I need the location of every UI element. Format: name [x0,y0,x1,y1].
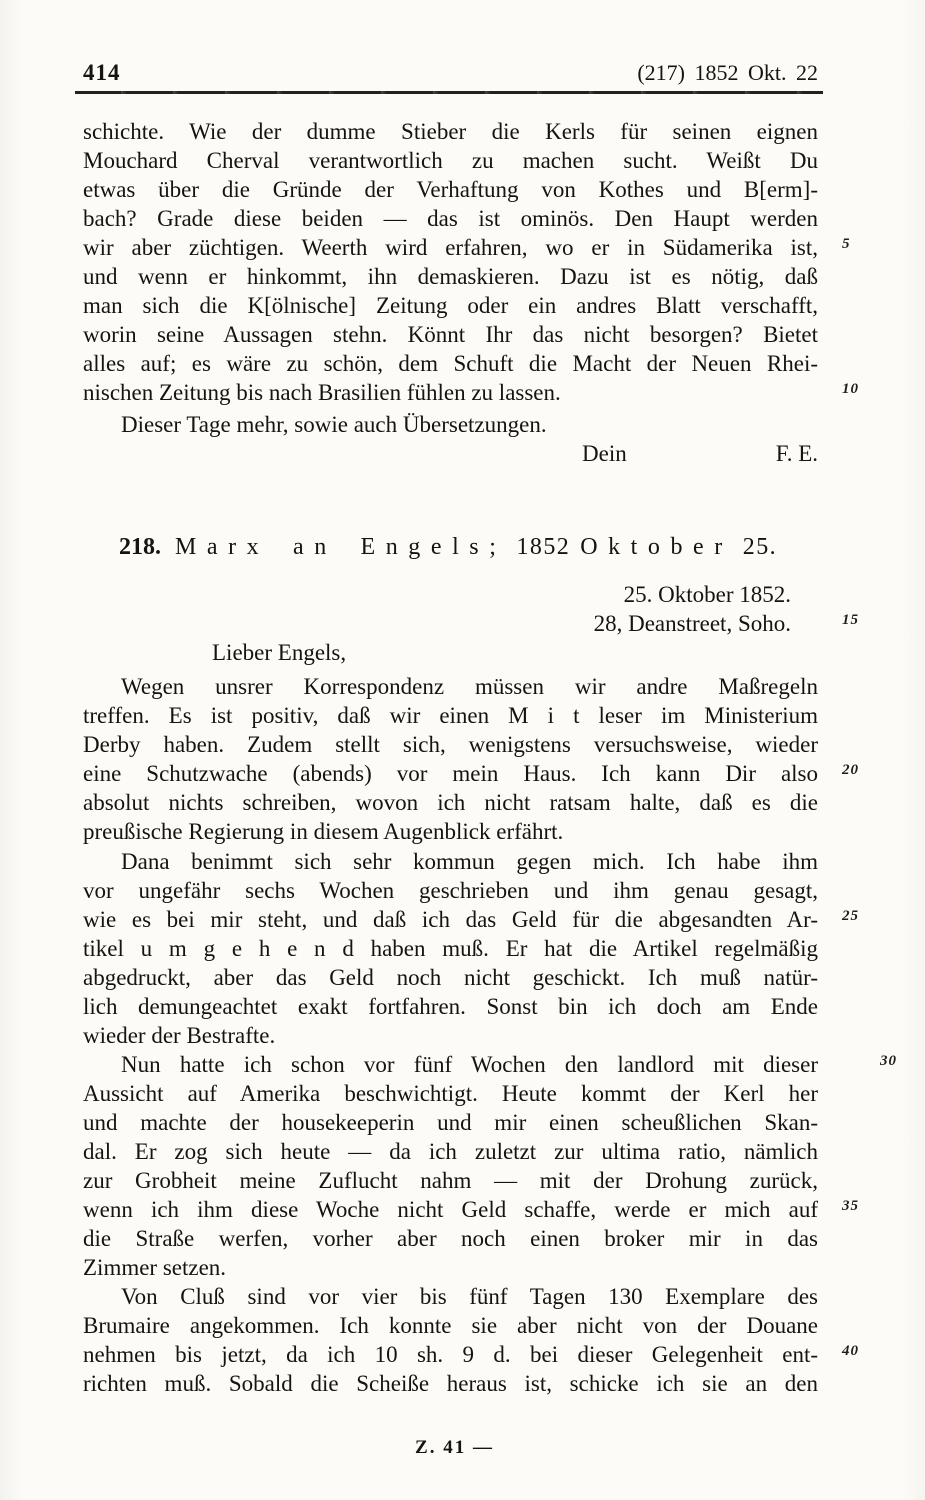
line-text: Nun hatte ich schon vor fünf Wochen den … [121,1052,818,1077]
letter-day: 25. [743,534,777,560]
text-line: Aussicht auf Amerika beschwichtigt. Heut… [83,1079,818,1108]
text-line: Dieser Tage mehr, sowie auch Übersetzung… [83,410,818,439]
paragraph-1: Wegen unsrer Korrespondenz müssen wir an… [83,672,818,846]
text-line: wie es bei mir steht, und daß ich das Ge… [83,905,818,934]
margin-line-number: 20 [842,763,859,778]
line-text: treffen. Es ist positiv, daß wir einen M… [83,703,818,728]
line-text: 25. Oktober 1852. [624,582,791,607]
line-text: absolut nichts schreiben, wovon ich nich… [83,790,818,815]
line-text: Zimmer setzen. [83,1255,226,1280]
line-text: etwas über die Gründe der Verhaftung von… [83,177,818,202]
text-line: Mouchard Cherval verantwortlich zu mache… [83,146,818,175]
text-line: Von Cluß sind vor vier bis fünf Tagen 13… [83,1282,818,1311]
line-text: wieder der Bestrafte. [83,1023,275,1048]
line-text: abgedruckt, aber das Geld noch nicht ges… [83,965,818,990]
text-line: eine Schutzwache (abends) vor mein Haus.… [83,759,818,788]
text-line: schichte. Wie der dumme Stieber die Kerl… [83,117,818,146]
paragraph-3: Nun hatte ich schon vor fünf Wochen den … [83,1050,818,1282]
line-text: nischen Zeitung bis nach Brasilien fühle… [83,380,561,405]
line-text: wenn ich ihm diese Woche nicht Geld scha… [83,1197,818,1222]
text-line: abgedruckt, aber das Geld noch nicht ges… [83,963,818,992]
line-text: man sich die K[ölnische] Zeitung oder ei… [83,293,818,318]
text-line: 28, Deanstreet, Soho.15 [83,609,818,638]
text-line: preußische Regierung in diesem Augenblic… [83,817,818,846]
line-text: vor ungefähr sechs Wochen geschrieben un… [83,878,818,903]
text-line: wir aber züchtigen. Weerth wird erfahren… [83,233,818,262]
dateline-block: 25. Oktober 1852.28, Deanstreet, Soho.15 [83,580,818,638]
header-rule [75,91,823,94]
line-text: Aussicht auf Amerika beschwichtigt. Heut… [83,1081,818,1106]
text-line: Nun hatte ich schon vor fünf Wochen den … [83,1050,818,1079]
line-text: Mouchard Cherval verantwortlich zu mache… [83,148,818,173]
text-line: tikel u m g e h e n d haben muß. Er hat … [83,934,818,963]
letter-correspondents: Marx an Engels; [175,534,506,560]
footer-note: Z. 41 — [0,1437,917,1459]
margin-line-number: 30 [842,1054,897,1069]
salutation: Lieber Engels, [83,638,818,667]
text-line: Zimmer setzen. [83,1253,818,1282]
letter-month: Oktober [580,534,733,560]
line-text: Von Cluß sind vor vier bis fünf Tagen 13… [121,1284,818,1309]
margin-line-number: 10 [842,382,859,397]
margin-line-number: 5 [842,237,851,252]
text-line: nehmen bis jetzt, da ich 10 sh. 9 d. bei… [83,1340,818,1369]
line-text: tikel u m g e h e n d haben muß. Er hat … [83,936,818,961]
margin-line-number: 25 [842,909,859,924]
letter-year: 1852 [516,534,570,560]
line-text: preußische Regierung in diesem Augenblic… [83,819,563,844]
line-text: dal. Er zog sich heute — da ich zuletzt … [83,1139,818,1164]
text-line: Brumaire angekommen. Ich konnte sie aber… [83,1311,818,1340]
text-line: und machte der housekeeperin und mir ein… [83,1108,818,1137]
running-head-reference: (217) 1852 Okt. 22 [637,60,818,86]
text-line: Wegen unsrer Korrespondenz müssen wir an… [83,672,818,701]
paragraph-letter-217-closing: Dieser Tage mehr, sowie auch Übersetzung… [83,410,818,439]
text-line: vor ungefähr sechs Wochen geschrieben un… [83,876,818,905]
line-text: die Straße werfen, vorher aber noch eine… [83,1226,818,1251]
line-text: Derby haben. Zudem stellt sich, wenigste… [83,732,818,757]
text-line: 25. Oktober 1852. [83,580,818,609]
letter-body: schichte. Wie der dumme Stieber die Kerl… [83,117,818,1398]
text-line: Derby haben. Zudem stellt sich, wenigste… [83,730,818,759]
text-line: und wenn er hinkommt, ihn demaskieren. D… [83,262,818,291]
signature-initials: F. E. [776,439,818,468]
text-line: nischen Zeitung bis nach Brasilien fühle… [83,378,818,407]
text-line: wenn ich ihm diese Woche nicht Geld scha… [83,1195,818,1224]
running-head: 414 (217) 1852 Okt. 22 [83,60,818,86]
signature-closing: Dein [582,439,627,468]
text-line: Dana benimmt sich sehr kommun gegen mich… [83,847,818,876]
line-text: Dieser Tage mehr, sowie auch Übersetzung… [121,412,547,437]
page-number: 414 [83,60,121,86]
line-text: nehmen bis jetzt, da ich 10 sh. 9 d. bei… [83,1342,818,1367]
line-text: 28, Deanstreet, Soho. [594,611,791,636]
line-text: wir aber züchtigen. Weerth wird erfahren… [83,235,818,260]
line-text: eine Schutzwache (abends) vor mein Haus.… [83,761,818,786]
text-line: wieder der Bestrafte. [83,1021,818,1050]
signature-row: Dein F. E. [83,439,818,468]
text-line: richten muß. Sobald die Scheiße heraus i… [83,1369,818,1398]
line-text: wie es bei mir steht, und daß ich das Ge… [83,907,818,932]
line-text: bach? Grade diese beiden — das ist ominö… [83,206,818,231]
paragraph-letter-217-continuation: schichte. Wie der dumme Stieber die Kerl… [83,117,818,407]
margin-line-number: 15 [842,613,859,628]
margin-line-number: 40 [842,1344,859,1359]
line-text: lich demungeachtet exakt fortfahren. Son… [83,994,818,1019]
text-line: bach? Grade diese beiden — das ist ominö… [83,204,818,233]
text-line: lich demungeachtet exakt fortfahren. Son… [83,992,818,1021]
paragraph-2: Dana benimmt sich sehr kommun gegen mich… [83,847,818,1050]
line-text: richten muß. Sobald die Scheiße heraus i… [83,1371,818,1396]
line-text: zur Grobheit meine Zuflucht nahm — mit d… [83,1168,818,1193]
text-line: worin seine Aussagen stehn. Könnt Ihr da… [83,320,818,349]
line-text: worin seine Aussagen stehn. Könnt Ihr da… [83,322,818,347]
line-text: schichte. Wie der dumme Stieber die Kerl… [83,119,818,144]
text-line: etwas über die Gründe der Verhaftung von… [83,175,818,204]
line-text: Brumaire angekommen. Ich konnte sie aber… [83,1313,818,1338]
letter-218-heading: 218.Marx an Engels;1852Oktober25. [83,532,818,562]
line-text: Dana benimmt sich sehr kommun gegen mich… [121,849,818,874]
text-line: treffen. Es ist positiv, daß wir einen M… [83,701,818,730]
line-text: Wegen unsrer Korrespondenz müssen wir an… [121,674,818,699]
book-page: 414 (217) 1852 Okt. 22 schichte. Wie der… [0,0,925,1500]
text-line: alles auf; es wäre zu schön, dem Schuft … [83,349,818,378]
line-text: und wenn er hinkommt, ihn demaskieren. D… [83,264,818,289]
line-text: alles auf; es wäre zu schön, dem Schuft … [83,351,818,376]
letter-number: 218. [119,534,161,560]
text-line: absolut nichts schreiben, wovon ich nich… [83,788,818,817]
text-line: die Straße werfen, vorher aber noch eine… [83,1224,818,1253]
text-line: zur Grobheit meine Zuflucht nahm — mit d… [83,1166,818,1195]
text-line: man sich die K[ölnische] Zeitung oder ei… [83,291,818,320]
margin-line-number: 35 [842,1199,859,1214]
line-text: und machte der housekeeperin und mir ein… [83,1110,818,1135]
text-line: dal. Er zog sich heute — da ich zuletzt … [83,1137,818,1166]
paragraph-4: Von Cluß sind vor vier bis fünf Tagen 13… [83,1282,818,1398]
